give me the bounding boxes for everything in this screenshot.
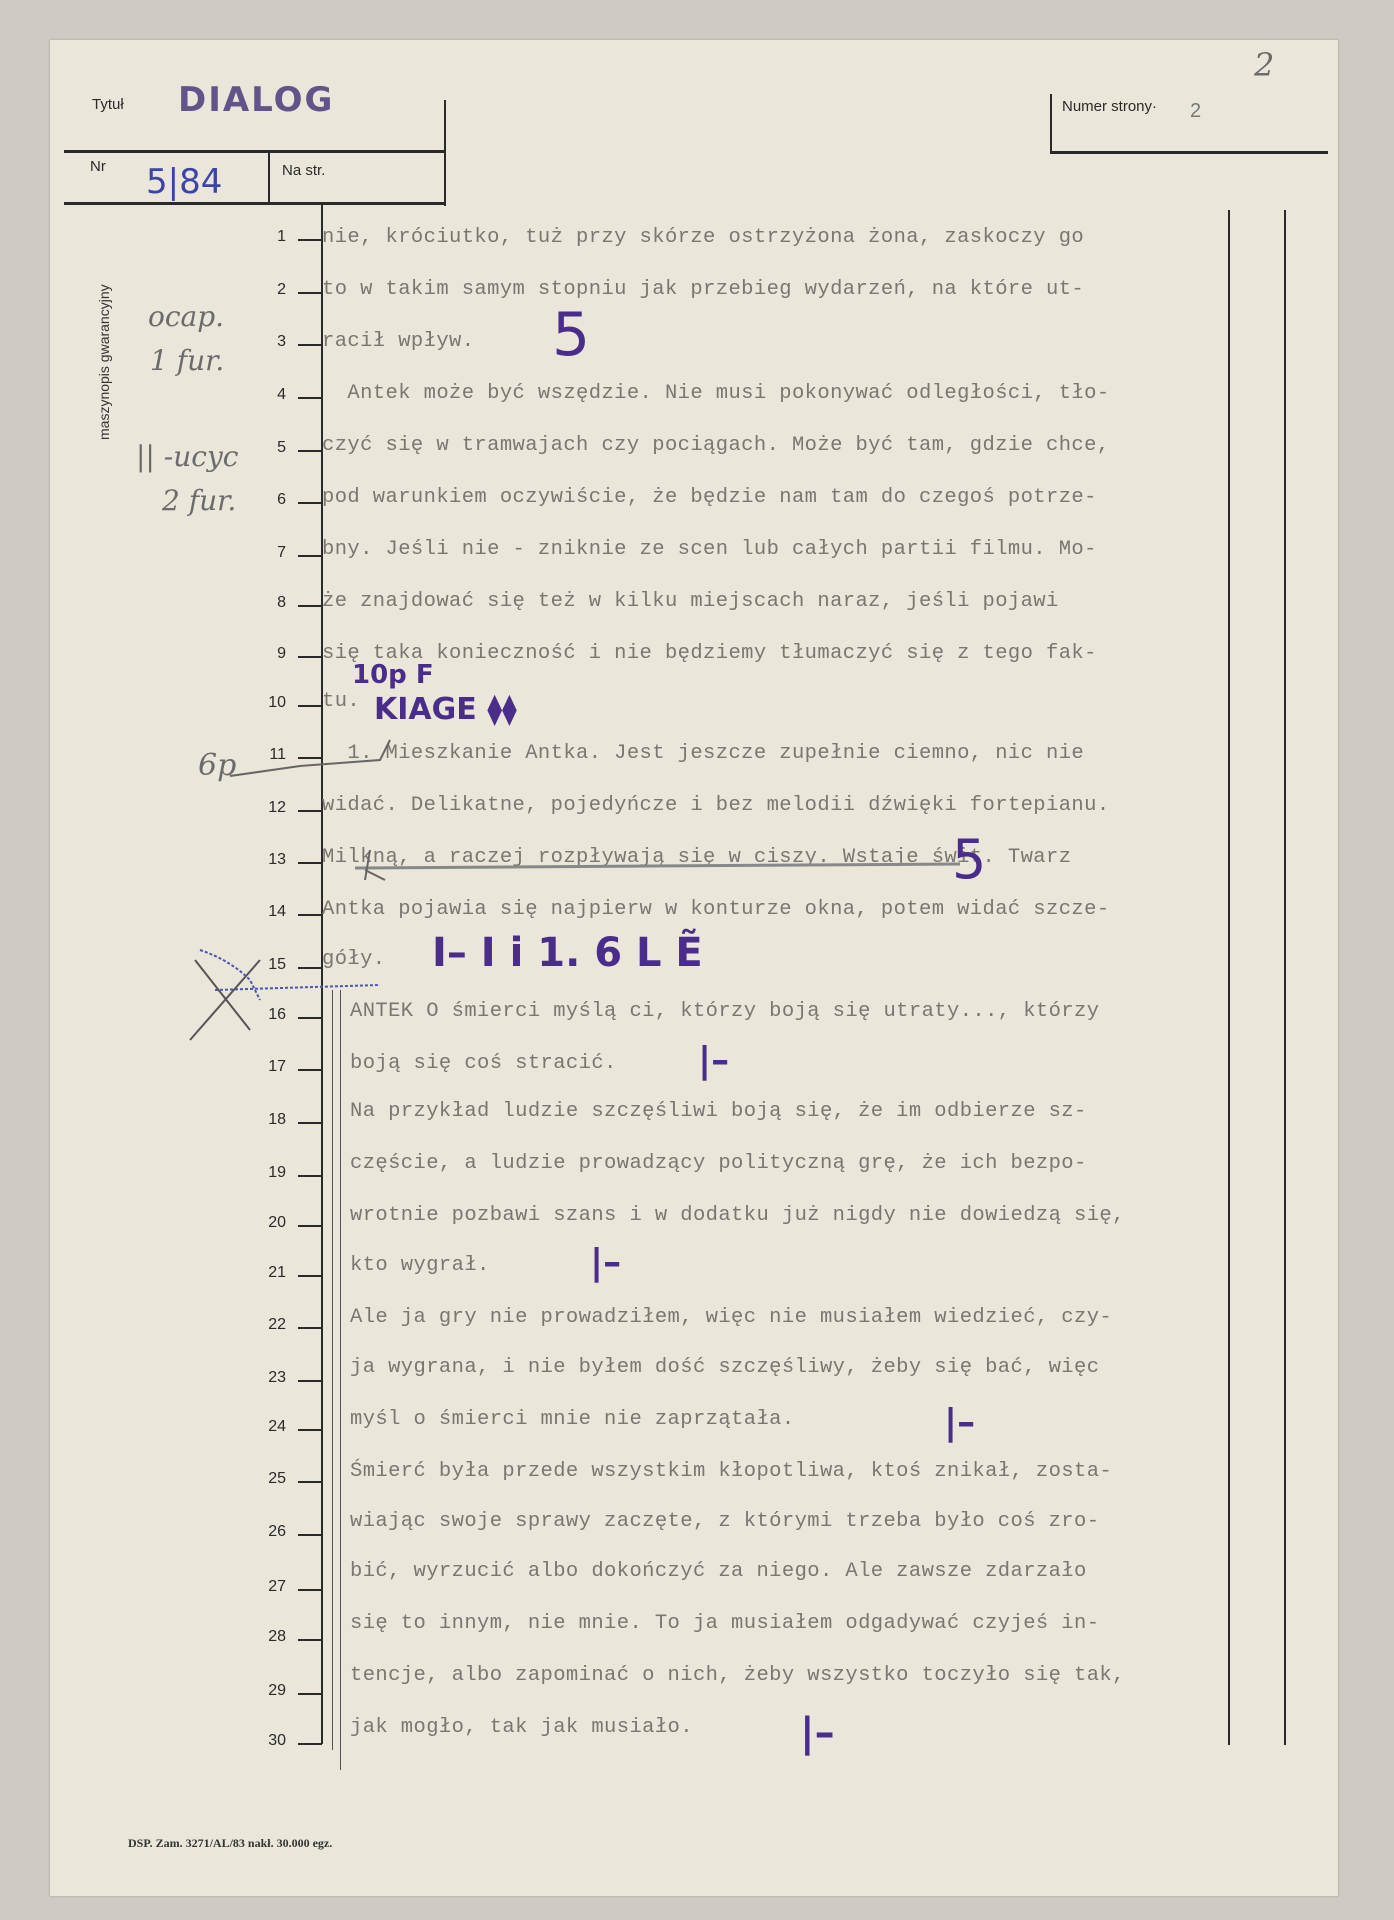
typed-line: ja wygrana, i nie byłem dość szczęśliwy,… — [350, 1356, 1099, 1379]
line-number: 26 — [246, 1523, 286, 1541]
line-number: 6 — [246, 491, 286, 509]
line-number: 16 — [246, 1006, 286, 1024]
pencil-note-ucyc: || -ucyc — [136, 440, 238, 473]
shot-code: I– I i 1. 6 L Ẽ — [432, 930, 703, 976]
guarantee-label: maszynopis gwarancyjny — [96, 284, 112, 440]
dash-mark: |– — [590, 1242, 621, 1283]
page-box-left-border — [1050, 94, 1052, 152]
page-number-label: Numer strony· — [1062, 98, 1157, 115]
cut-mark-5: 5 — [552, 300, 590, 370]
typed-line: boją się coś stracić. — [350, 1052, 617, 1075]
dash-mark: |– — [800, 1710, 835, 1756]
pencil-note-6p: 6p — [198, 748, 236, 783]
typed-line: się taka konieczność i nie będziemy tłum… — [322, 642, 1097, 665]
typed-line: tencje, albo zapominać o nich, żeby wszy… — [350, 1664, 1125, 1687]
typed-line: nie, króciutko, tuż przy skórze ostrzyżo… — [322, 226, 1084, 249]
typed-line: bny. Jeśli nie - zniknie ze scen lub cał… — [322, 538, 1097, 561]
typed-line: Śmierć była przede wszystkim kłopotliwa,… — [350, 1460, 1112, 1483]
title-box-divider — [64, 150, 446, 153]
page-number-value: 2 — [1190, 100, 1201, 123]
typed-line: Antka pojawia się najpierw w konturze ok… — [322, 898, 1110, 921]
typed-line: ANTEK O śmierci myślą ci, którzy boją si… — [350, 1000, 1099, 1023]
line-number: 18 — [246, 1111, 286, 1129]
typed-line: wiając swoje sprawy zaczęte, z którymi t… — [350, 1510, 1099, 1533]
line-number: 21 — [246, 1264, 286, 1282]
line-number: 22 — [246, 1316, 286, 1334]
nr-handwritten-value: 5|84 — [146, 162, 222, 202]
line-number: 7 — [246, 544, 286, 562]
line-number: 1 — [246, 228, 286, 246]
typed-line: myśl o śmierci mnie nie zaprzątała. — [350, 1408, 795, 1431]
line-number: 14 — [246, 903, 286, 921]
title-box-right-border — [444, 100, 446, 206]
pencil-note-2fur: 2 fur. — [162, 484, 236, 517]
line-number: 25 — [246, 1470, 286, 1488]
line-number: 23 — [246, 1369, 286, 1387]
dash-mark: |– — [698, 1040, 729, 1081]
dialogue-rule-2 — [340, 990, 341, 1770]
typed-line: wrotnie pozbawi szans i w dodatku już ni… — [350, 1204, 1125, 1227]
line-number: 29 — [246, 1682, 286, 1700]
typed-line: góły. — [322, 948, 386, 971]
typed-line: tu. — [322, 690, 360, 713]
page-box-bottom-rule — [1050, 151, 1328, 154]
typed-line: jak mogło, tak jak musiało. — [350, 1716, 693, 1739]
line-number: 20 — [246, 1214, 286, 1232]
typed-line: 1. Mieszkanie Antka. Jest jeszcze zupełn… — [322, 742, 1084, 765]
line-number: 9 — [246, 645, 286, 663]
dash-mark: |– — [944, 1402, 975, 1443]
typed-line: że znajdować się też w kilku miejscach n… — [322, 590, 1059, 613]
line-number: 8 — [246, 594, 286, 612]
right-margin-rule-1 — [1228, 210, 1230, 1745]
right-margin-rule-2 — [1284, 210, 1286, 1745]
na-str-label: Na str. — [282, 162, 325, 179]
typed-line: Antek może być wszędzie. Nie musi pokony… — [322, 382, 1110, 405]
pencil-note-1fur: 1 fur. — [150, 344, 224, 377]
scene-mark-kiage: KIAGE ⧫⧫ — [374, 692, 517, 727]
line-number: 24 — [246, 1418, 286, 1436]
title-label: Tytuł — [92, 96, 124, 113]
line-number: 28 — [246, 1628, 286, 1646]
header-bottom-rule — [64, 202, 446, 205]
scene-mark-10p: 10p F — [352, 660, 434, 690]
typed-line: bić, wyrzucić albo dokończyć za niego. A… — [350, 1560, 1087, 1583]
cut-mark-5-second: 5 — [952, 828, 986, 891]
line-number: 30 — [246, 1732, 286, 1750]
typed-line: to w takim samym stopniu jak przebieg wy… — [322, 278, 1084, 301]
typed-line: Ale ja gry nie prowadziłem, więc nie mus… — [350, 1306, 1112, 1329]
typed-line: widać. Delikatne, pojedyńcze i bez melod… — [322, 794, 1110, 817]
line-number: 3 — [246, 333, 286, 351]
nr-box-divider — [268, 152, 270, 204]
typed-line: kto wygrał. — [350, 1254, 490, 1277]
print-footer: DSP. Zam. 3271/AL/83 nakł. 30.000 egz. — [128, 1836, 332, 1851]
title-stamp: DIALOG — [178, 80, 334, 120]
corner-page-mark: 2 — [1254, 46, 1274, 84]
typed-line: pod warunkiem oczywiście, że będzie nam … — [322, 486, 1097, 509]
line-number: 4 — [246, 386, 286, 404]
line-number: 2 — [246, 281, 286, 299]
line-number: 13 — [246, 851, 286, 869]
typed-line: częście, a ludzie prowadzący polityczną … — [350, 1152, 1087, 1175]
line-number: 5 — [246, 439, 286, 457]
line-number: 12 — [246, 799, 286, 817]
typed-line: racił wpływ. — [322, 330, 474, 353]
dialogue-rule-1 — [332, 990, 333, 1750]
typed-line: Na przykład ludzie szczęśliwi boją się, … — [350, 1100, 1087, 1123]
pencil-note-ocap: ocap. — [148, 300, 224, 333]
line-number: 17 — [246, 1058, 286, 1076]
nr-label: Nr — [90, 158, 106, 175]
typed-line: się to innym, nie mnie. To ja musiałem o… — [350, 1612, 1099, 1635]
line-number: 11 — [246, 746, 286, 764]
line-number: 19 — [246, 1164, 286, 1182]
line-number: 10 — [246, 694, 286, 712]
line-number: 15 — [246, 956, 286, 974]
typed-line: czyć się w tramwajach czy pociągach. Moż… — [322, 434, 1110, 457]
line-number: 27 — [246, 1578, 286, 1596]
